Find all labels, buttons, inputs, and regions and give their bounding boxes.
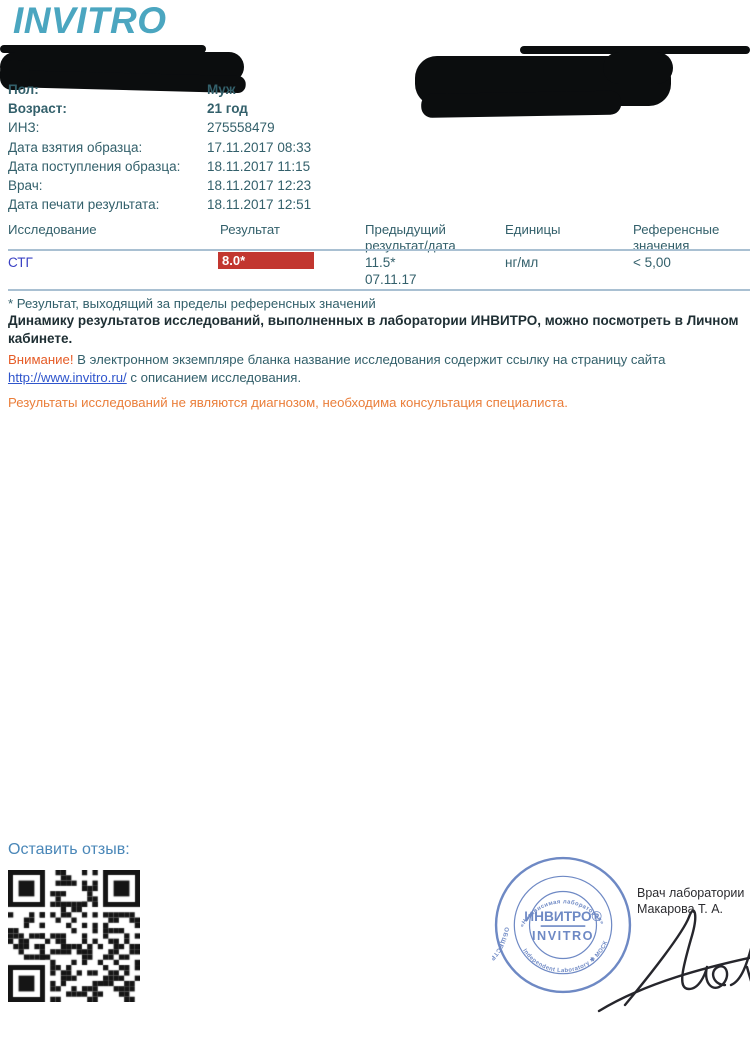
redaction-mark-right — [405, 44, 750, 124]
table-row: СТГ — [8, 254, 33, 271]
info-label: Возраст: — [8, 99, 207, 118]
doctor-signature — [595, 905, 750, 1040]
info-value: Муж — [207, 80, 236, 99]
info-row-sample-received: Дата поступления образца: 18.11.2017 11:… — [8, 157, 311, 176]
patient-info: Пол: Муж Возраст: 21 год ИНЗ: 275558479 … — [8, 80, 311, 214]
units-cell: нг/мл — [505, 254, 538, 271]
info-row-print-date: Дата печати результата: 18.11.2017 12:51 — [8, 195, 311, 214]
doctor-title: Врач лаборатории — [637, 886, 744, 902]
info-label: Врач: — [8, 176, 207, 195]
info-value: 21 год — [207, 99, 248, 118]
info-value: 18.11.2017 11:15 — [207, 157, 310, 176]
info-value: 275558479 — [207, 118, 275, 137]
table-bottom-divider — [8, 289, 750, 291]
info-row-doctor: Врач: 18.11.2017 12:23 — [8, 176, 311, 195]
info-label: Пол: — [8, 80, 207, 99]
previous-result-cell: 11.5* 07.11.17 — [365, 254, 417, 288]
result-value-highlight: 8.0* — [218, 252, 314, 269]
previous-result-date: 07.11.17 — [365, 271, 417, 288]
attention-note: Внимание! В электронном экземпляре бланк… — [8, 351, 748, 386]
stamp-center-latin: INVITRO — [532, 929, 594, 943]
info-label: Дата печати результата: — [8, 195, 207, 214]
lab-report-page: INVITRO Пол: Муж Возраст: 21 год ИНЗ: 27 — [0, 0, 750, 1041]
attention-tail: с описанием исследования. — [127, 370, 301, 385]
asterisk-footnote: * Результат, выходящий за пределы рефере… — [8, 295, 376, 313]
info-row-sex: Пол: Муж — [8, 80, 311, 99]
feedback-label: Оставить отзыв: — [8, 841, 130, 859]
attention-label: Внимание! — [8, 352, 74, 367]
attention-text: В электронном экземпляре бланка название… — [74, 352, 666, 367]
column-header-units: Единицы — [505, 222, 625, 238]
info-value: 17.11.2017 08:33 — [207, 138, 311, 157]
info-row-sample-taken: Дата взятия образца: 17.11.2017 08:33 — [8, 138, 311, 157]
column-header-test: Исследование — [8, 222, 208, 238]
info-value: 18.11.2017 12:23 — [207, 176, 311, 195]
info-label: ИНЗ: — [8, 118, 207, 137]
info-label: Дата взятия образца: — [8, 138, 207, 157]
disclaimer-note: Результаты исследований не являются диаг… — [8, 394, 568, 412]
table-header-divider — [8, 249, 750, 251]
result-value: 8.0* — [222, 253, 245, 268]
stamp-center-cyrillic: ИНВИТРО® — [524, 909, 602, 924]
test-name-link[interactable]: СТГ — [8, 255, 33, 270]
reference-cell: < 5,00 — [633, 254, 671, 271]
previous-result-value: 11.5* — [365, 254, 417, 271]
column-header-result: Результат — [220, 222, 360, 238]
info-row-inz: ИНЗ: 275558479 — [8, 118, 311, 137]
invitro-logo: INVITRO — [13, 0, 167, 42]
info-value: 18.11.2017 12:51 — [207, 195, 311, 214]
feedback-qr-code — [8, 870, 140, 1002]
invitro-url-link[interactable]: http://www.invitro.ru/ — [8, 370, 127, 385]
dynamics-note: Динамику результатов исследований, выпол… — [8, 312, 748, 347]
info-row-age: Возраст: 21 год — [8, 99, 311, 118]
info-label: Дата поступления образца: — [8, 157, 207, 176]
